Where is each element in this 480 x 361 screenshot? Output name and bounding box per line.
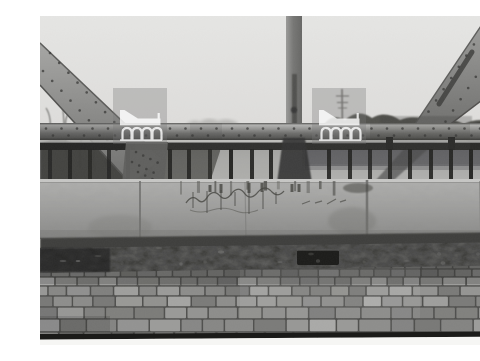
- bridge-photograph: [40, 16, 480, 345]
- photo-canvas: [40, 16, 480, 345]
- film-grain: [40, 16, 480, 345]
